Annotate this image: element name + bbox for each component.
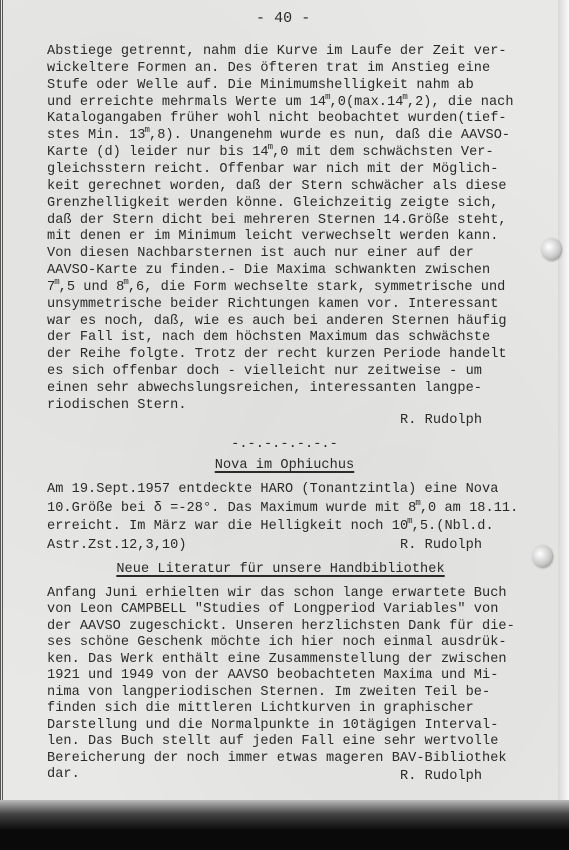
- text-line: riodischen Stern.: [47, 398, 187, 415]
- text-line: einen sehr abwechslungsreichen, interess…: [47, 381, 482, 398]
- text-line: erreicht. Im März war die Helligkeit noc…: [47, 519, 494, 536]
- text-line: 1921 und 1949 von der AAVSO beobachteten…: [47, 668, 498, 685]
- punch-hole-top: [541, 238, 561, 260]
- text-line: Darstellung und die Normalpunkte in 10tä…: [47, 718, 498, 735]
- text-line: Anfang Juni erhielten wir das schon lang…: [47, 586, 507, 603]
- text-line: Grenzhelligkeit werden könne. Gleichzeit…: [47, 196, 498, 213]
- signature: R. Rudolph: [400, 413, 482, 428]
- text-line: finden sich die mittleren Lichtkurven in…: [47, 701, 474, 718]
- text-line: nima von langperiodischen Sternen. Im zw…: [47, 685, 490, 702]
- magnitude-mark: m: [415, 498, 420, 508]
- text-line: keit gerechnet worden, daß der Stern sch…: [47, 179, 507, 196]
- text-line: unsymmetrische beider Richtungen kamen v…: [47, 297, 498, 314]
- text-line: stes Min. 13m,8). Unangenehm wurde es nu…: [47, 128, 510, 145]
- magnitude-mark: m: [268, 142, 273, 152]
- text-line: mit denen er im Minimum leicht verwechse…: [47, 229, 498, 246]
- text-line: der Fall ist, nach dem höchsten Maximum …: [47, 330, 490, 347]
- text-line: von Leon CAMPBELL "Studies of Longperiod…: [47, 602, 498, 619]
- text-line: 10.Größe bei δ =-28°. Das Maximum wurde …: [47, 501, 518, 518]
- text-line: ken. Das Werk enthält eine Zusammenstell…: [47, 652, 507, 669]
- scan-bottom-shadow: [0, 800, 569, 850]
- text-line: dar.: [47, 767, 80, 784]
- page-edge: [558, 0, 569, 806]
- text-line: war es noch, daß, wie es auch bei andere…: [47, 314, 507, 331]
- heading-neue-literatur: Neue Literatur für unsere Handbibliothek: [0, 562, 565, 577]
- text-line: Am 19.Sept.1957 entdeckte HARO (Tonantzi…: [47, 482, 498, 499]
- text-line: und erreichte mehrmals Werte um 14m,0(ma…: [47, 95, 514, 112]
- text-line: Von diesen Nachbarsternen ist auch nur e…: [47, 246, 474, 263]
- signature: R. Rudolph: [400, 769, 482, 784]
- magnitude-mark: m: [402, 92, 407, 102]
- text-line: Katalogangaben früher wohl nicht beobach…: [47, 111, 507, 128]
- text-line: wickeltere Formen an. Des öfteren trat i…: [47, 61, 490, 78]
- section-separator: -.-.-.-.-.-.-: [0, 437, 569, 452]
- text-line: Stufe oder Welle auf. Die Minimumshellig…: [47, 78, 474, 95]
- magnitude-mark: m: [325, 92, 330, 102]
- text-line: ses schöne Geschenk möchte ich hier noch…: [47, 635, 507, 652]
- text-line: len. Das Buch stellt auf jeden Fall eine…: [47, 734, 498, 751]
- text-line: der AAVSO zugeschickt. Unseren herzlichs…: [47, 619, 515, 636]
- magnitude-mark: m: [145, 125, 150, 135]
- text-line: 7m,5 und 8m,6, die Form wechselte stark,…: [47, 280, 505, 297]
- text-line: Karte (d) leider nur bis 14m,0 mit dem s…: [47, 145, 494, 162]
- heading-nova-im-ophiuchus: Nova im Ophiuchus: [0, 458, 569, 473]
- page-number: - 40 -: [256, 10, 310, 27]
- text-line: es sich offenbar doch - vielleicht nur z…: [47, 364, 482, 381]
- magnitude-mark: m: [123, 277, 128, 287]
- magnitude-mark: m: [407, 516, 412, 526]
- text-line: Astr.Zst.12,3,10): [47, 538, 187, 555]
- text-line: daß der Stern dicht bei mehreren Sternen…: [47, 213, 507, 230]
- text-line: Bereicherung der noch immer etwas magere…: [47, 751, 507, 768]
- text-line: der Reihe folgte. Trotz der recht kurzen…: [47, 347, 507, 364]
- signature: R. Rudolph: [400, 538, 482, 553]
- magnitude-mark: m: [54, 277, 59, 287]
- text-line: Abstiege getrennt, nahm die Kurve im Lau…: [47, 44, 507, 61]
- text-line: gleichsstern reicht. Offenbar war nich m…: [47, 162, 498, 179]
- text-line: AAVSO-Karte zu finden.- Die Maxima schwa…: [47, 263, 490, 280]
